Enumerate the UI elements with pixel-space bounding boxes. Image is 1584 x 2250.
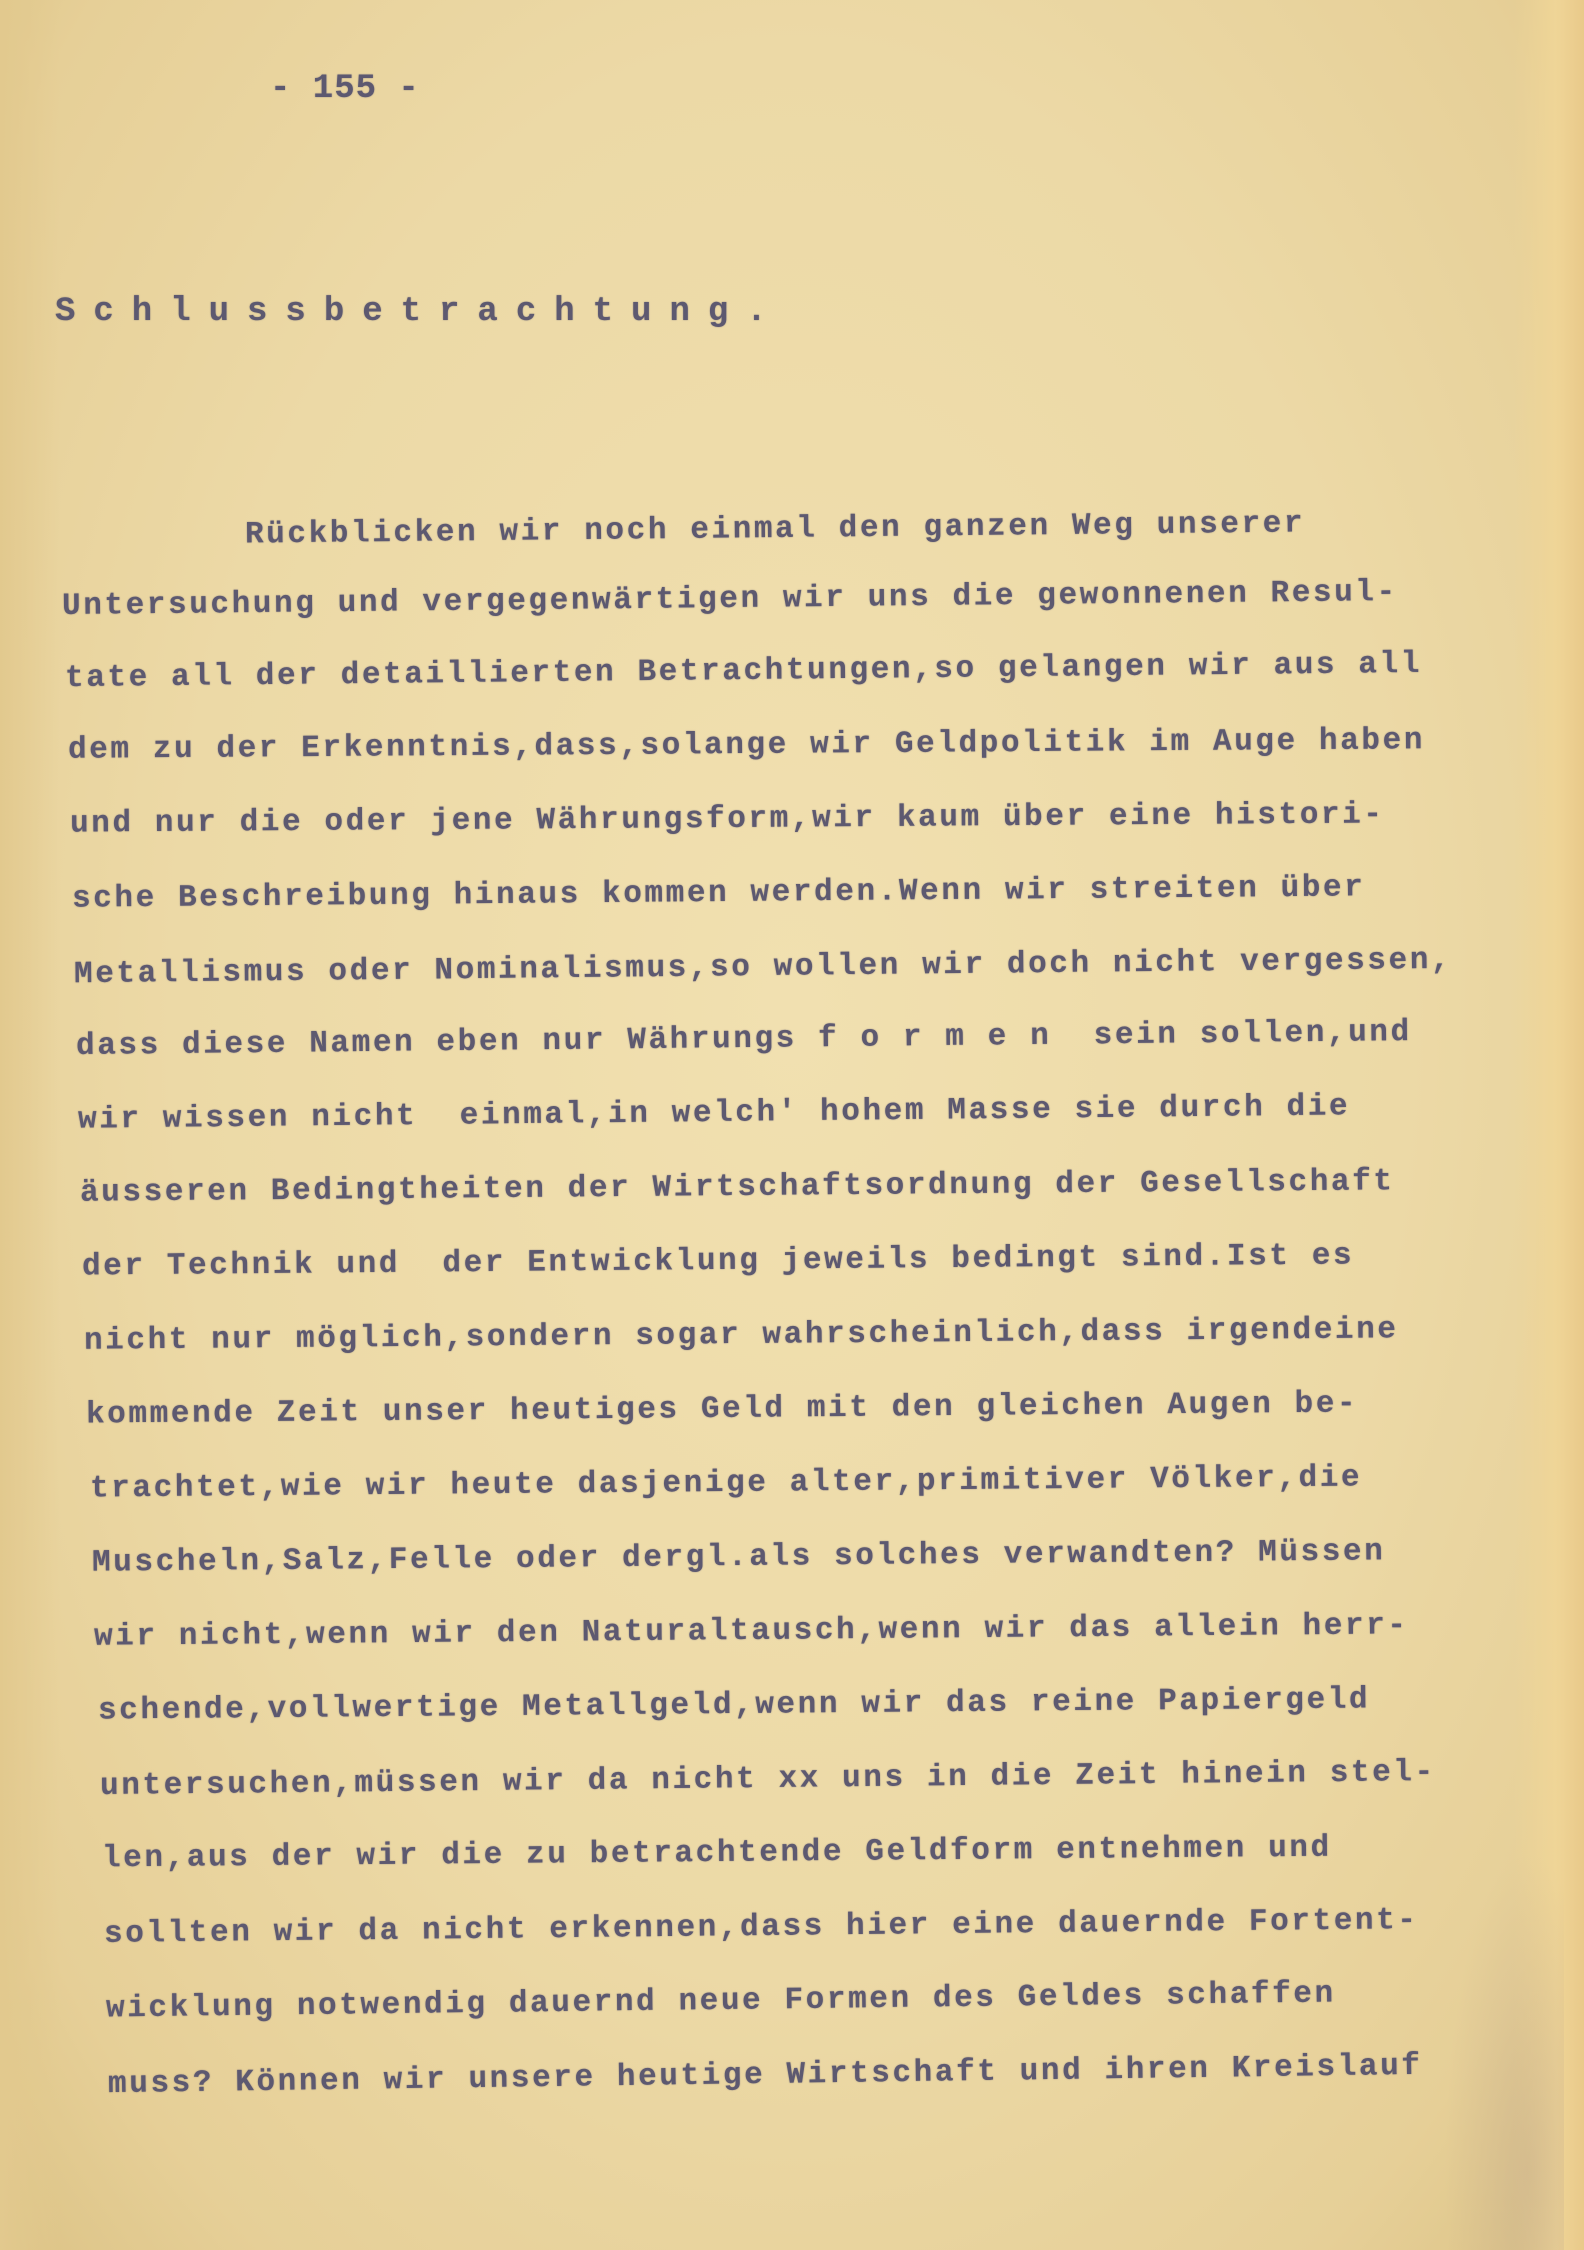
text-line: untersuchen,müssen wir da nicht xx uns i… — [100, 1755, 1436, 1804]
text-line: Rückblicken wir noch einmal den ganzen W… — [245, 506, 1305, 552]
text-line: schende,vollwertige Metallgeld,wenn wir … — [98, 1682, 1370, 1728]
paper-stain — [1444, 1850, 1564, 2250]
text-line: Muscheln,Salz,Felle oder dergl.als solch… — [92, 1534, 1386, 1580]
text-line: sche Beschreibung hinaus kommen werden.W… — [72, 870, 1366, 916]
paper-edge-left — [0, 0, 60, 2250]
text-line: dass diese Namen eben nur Währungs f o r… — [76, 1015, 1412, 1064]
text-line: Metallismus oder Nominalismus,so wollen … — [74, 943, 1452, 992]
text-line: und nur die oder jene Währungsform,wir k… — [70, 797, 1385, 841]
text-line: muss? Können wir unsere heutige Wirtscha… — [108, 2049, 1423, 2102]
text-line: sollten wir da nicht erkennen,dass hier … — [104, 1903, 1419, 1952]
text-line: trachtet,wie wir heute dasjenige alter,p… — [90, 1460, 1362, 1506]
text-line: tate all der detaillierten Betrachtungen… — [65, 647, 1422, 696]
text-line: wicklung notwendig dauernd neue Formen d… — [106, 1976, 1336, 2026]
page-number: - 155 - — [270, 70, 420, 108]
text-line: äusseren Bedingtheiten der Wirtschaftsor… — [80, 1164, 1395, 1210]
text-line: dem zu der Erkenntnis,dass,solange wir G… — [68, 723, 1425, 767]
text-line: kommende Zeit unser heutiges Geld mit de… — [86, 1386, 1358, 1432]
section-heading: Schlussbetrachtung. — [55, 293, 785, 331]
text-line: nicht nur möglich,sondern sogar wahrsche… — [84, 1312, 1399, 1358]
text-line: wir nicht,wenn wir den Naturaltausch,wen… — [94, 1608, 1409, 1654]
text-line: der Technik und der Entwicklung jeweils … — [82, 1238, 1354, 1284]
text-line: Untersuchung und vergegenwärtigen wir un… — [62, 575, 1398, 624]
text-line: wir wissen nicht einmal,in welch' hohem … — [78, 1089, 1350, 1137]
text-line: len,aus der wir die zu betrachtende Geld… — [102, 1831, 1332, 1877]
